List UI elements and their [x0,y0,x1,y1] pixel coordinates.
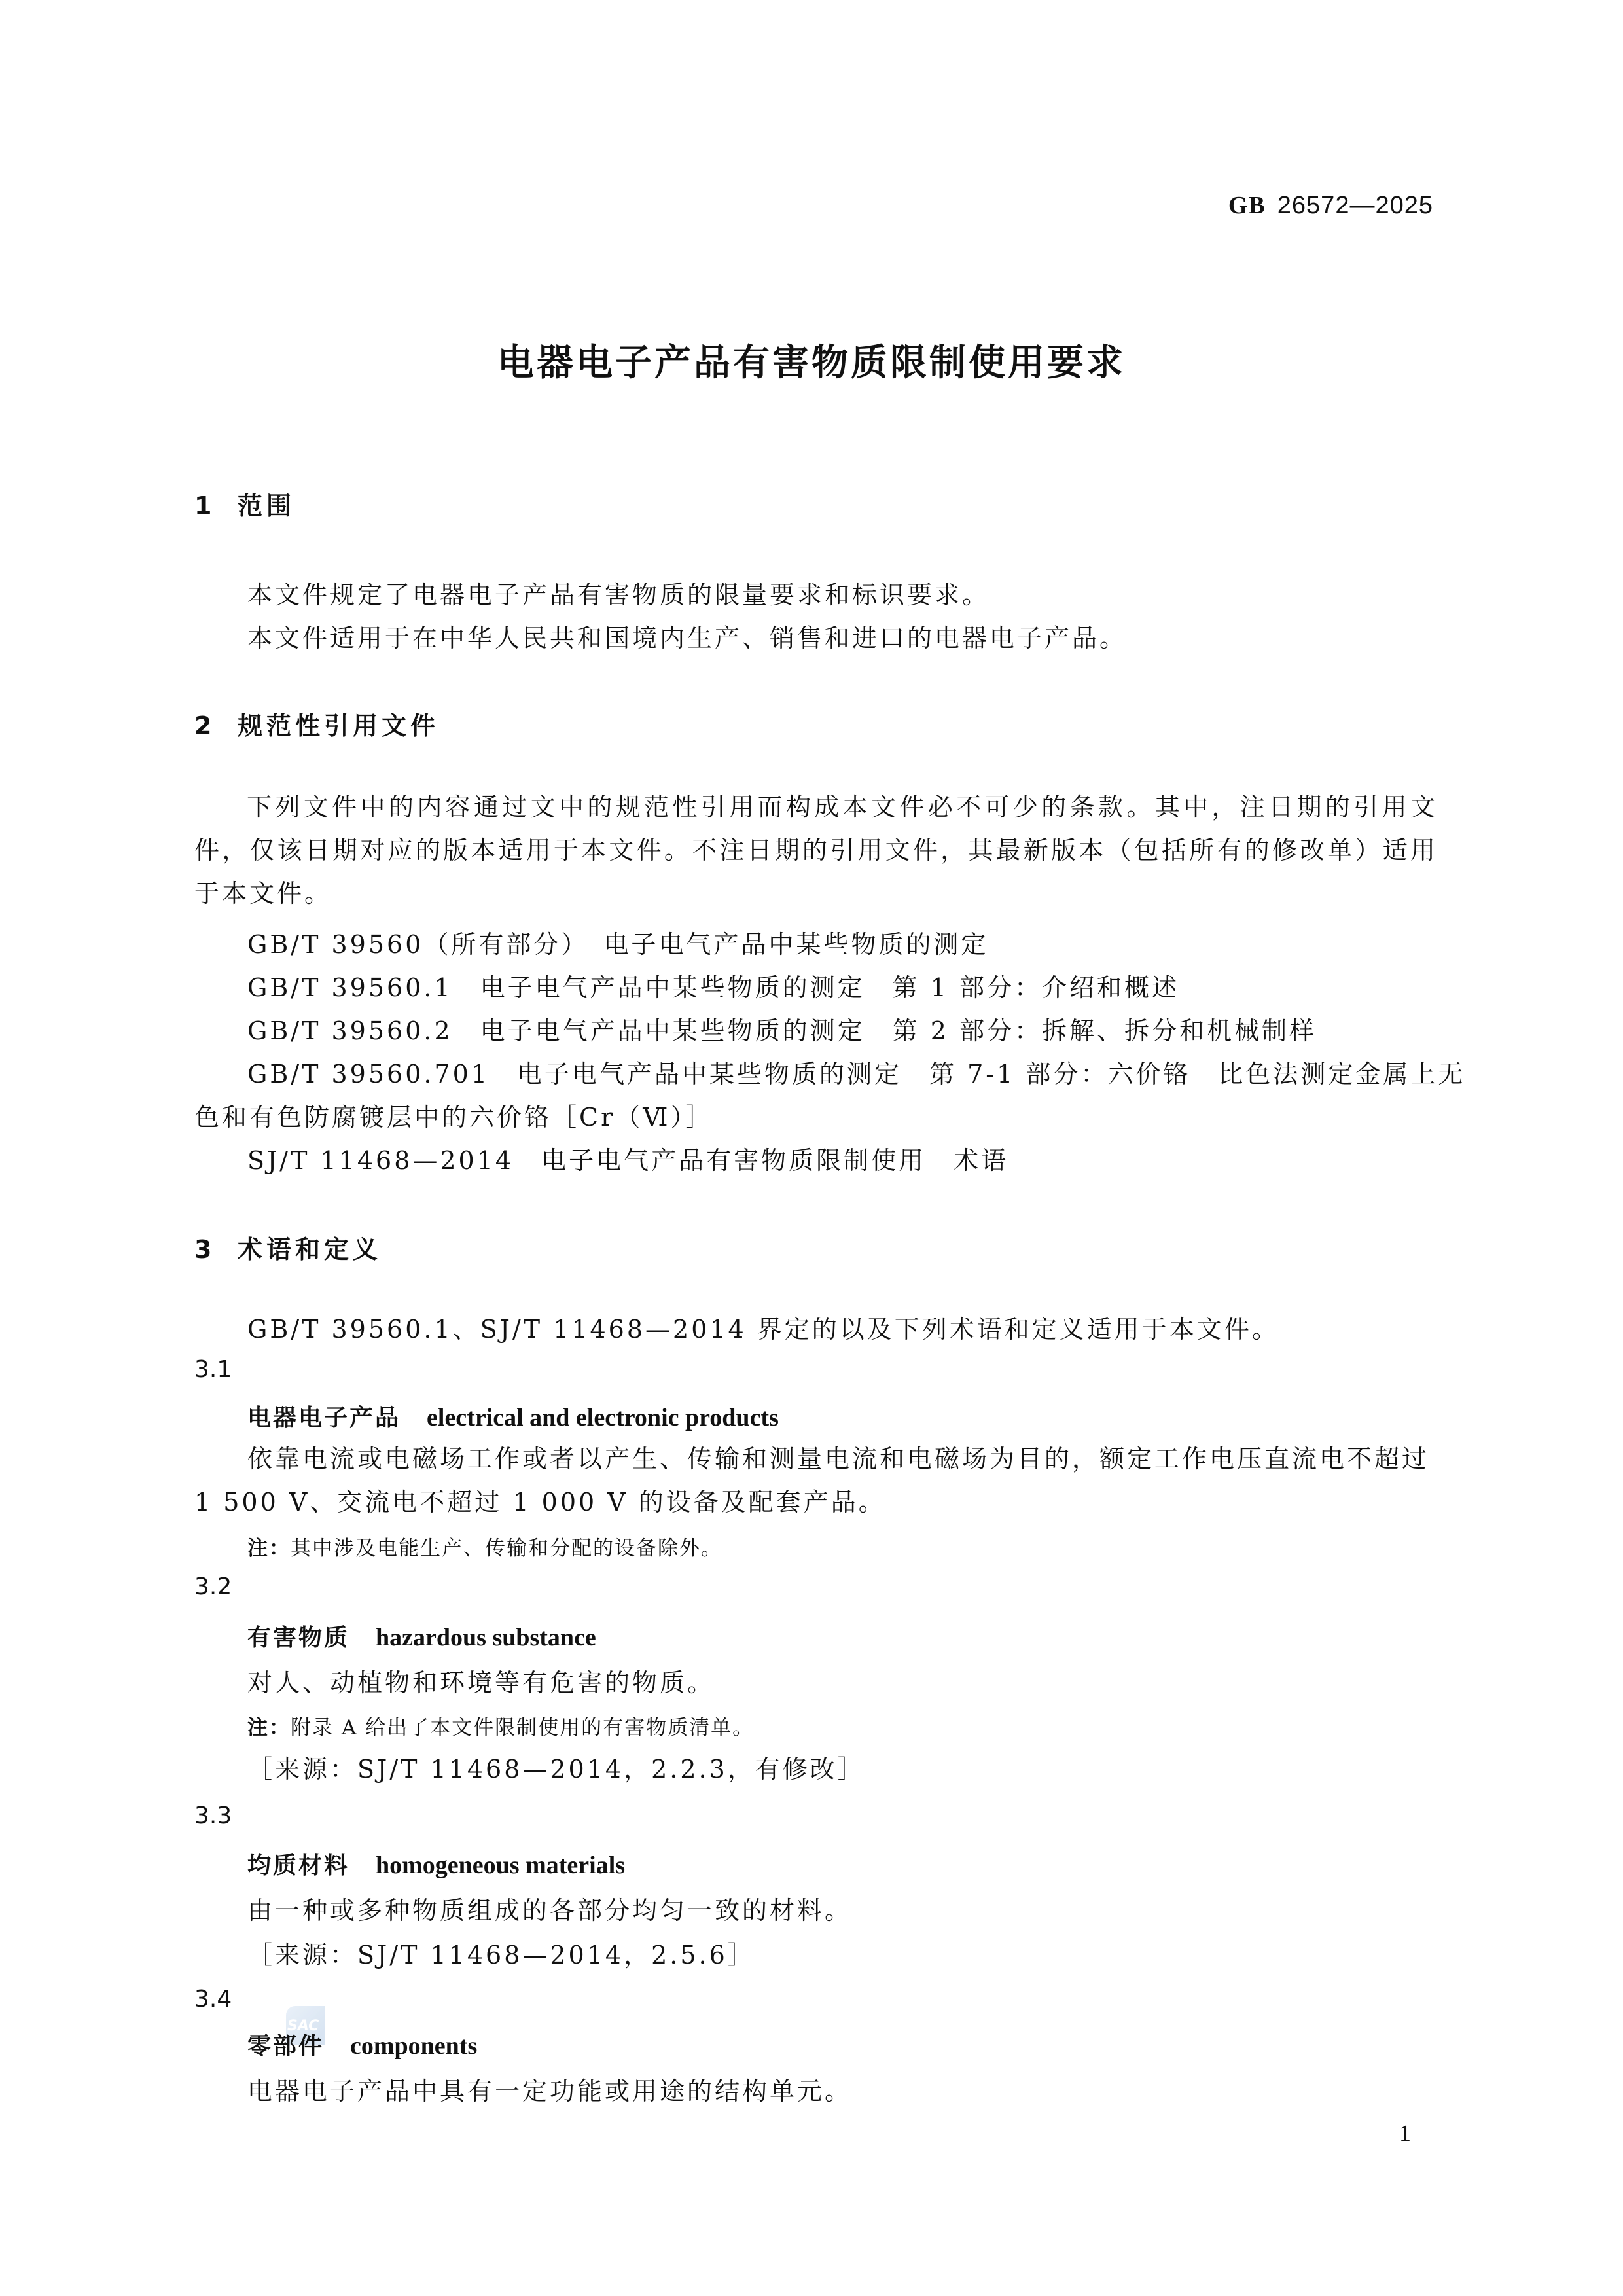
section-1-heading: 1范围 [194,486,295,522]
paragraph: 本文件适用于在中华人民共和国境内生产、销售和进口的电器电子产品。 [247,618,1127,654]
term-en: hazardous substance [376,1624,596,1651]
standard-prefix: GB [1228,192,1266,219]
term-en: electrical and electronic products [427,1404,779,1431]
paragraph: 下列文件中的内容通过文中的规范性引用而构成本文件必不可少的条款。其中，注日期的引… [194,785,1438,915]
term-title: 均质材料homogeneous materials [247,1847,625,1880]
note-label: 注： [247,1537,291,1560]
reference-item: SJ/T 11468—2014 电子电气产品有害物质限制使用 术语 [247,1140,1008,1176]
standard-code: 26572—2025 [1277,192,1433,219]
section-title: 规范性引用文件 [238,711,439,740]
note-text: 附录 A 给出了本文件限制使用的有害物质清单。 [291,1716,754,1740]
term-number: 3.4 [194,1986,232,2013]
standard-number: GB26572—2025 [1228,191,1433,220]
term-definition: 对人、动植物和环境等有危害的物质。 [247,1662,715,1698]
term-source: ［来源：SJ/T 11468—2014，2.2.3，有修改］ [247,1749,865,1785]
term-title: 零部件components [247,2028,477,2061]
note-text: 其中涉及电能生产、传输和分配的设备除外。 [291,1537,722,1560]
term-number: 3.3 [194,1803,232,1829]
term-definition: 电器电子产品中具有一定功能或用途的结构单元。 [247,2071,852,2107]
term-en: homogeneous materials [376,1852,625,1879]
section-title: 术语和定义 [238,1235,382,1264]
term-note: 注：附录 A 给出了本文件限制使用的有害物质清单。 [247,1711,754,1740]
term-zh: 零部件 [247,2033,324,2060]
document-page: GB26572—2025 电器电子产品有害物质限制使用要求 1范围 本文件规定了… [0,0,1623,2296]
term-note: 注：其中涉及电能生产、传输和分配的设备除外。 [247,1532,722,1561]
term-en: components [350,2032,477,2060]
reference-item: GB/T 39560.1 电子电气产品中某些物质的测定 第 1 部分：介绍和概述 [247,967,1179,1003]
term-definition: 依靠电流或电磁场工作或者以产生、传输和测量电流和电磁场为目的，额定工作电压直流电… [247,1439,1429,1475]
term-number: 3.1 [194,1356,232,1383]
term-definition-continuation: 1 500 V、交流电不超过 1 000 V 的设备及配套产品。 [194,1482,886,1518]
term-title: 有害物质hazardous substance [247,1619,596,1653]
paragraph: GB/T 39560.1、SJ/T 11468—2014 界定的以及下列术语和定… [247,1309,1279,1345]
paragraph: 本文件规定了电器电子产品有害物质的限量要求和标识要求。 [247,575,990,611]
reference-item: GB/T 39560.2 电子电气产品中某些物质的测定 第 2 部分：拆解、拆分… [247,1011,1317,1047]
term-number: 3.2 [194,1573,232,1600]
term-zh: 有害物质 [247,1624,349,1651]
reference-item-continuation: 色和有色防腐镀层中的六价铬［Cr（Ⅵ）］ [194,1097,713,1133]
reference-item: GB/T 39560.701 电子电气产品中某些物质的测定 第 7-1 部分：六… [247,1054,1465,1090]
term-zh: 均质材料 [247,1852,349,1879]
section-number: 3 [194,1235,238,1264]
reference-item: GB/T 39560（所有部分） 电子电气产品中某些物质的测定 [247,924,988,960]
section-2-heading: 2规范性引用文件 [194,706,439,742]
page-number: 1 [1399,2119,1411,2147]
term-definition: 由一种或多种物质组成的各部分均匀一致的材料。 [247,1890,852,1926]
section-3-heading: 3术语和定义 [194,1229,382,1265]
section-number: 1 [194,492,238,520]
note-label: 注： [247,1716,291,1740]
term-source: ［来源：SJ/T 11468—2014，2.5.6］ [247,1935,755,1971]
term-zh: 电器电子产品 [247,1405,401,1431]
section-number: 2 [194,711,238,740]
section-title: 范围 [238,492,295,520]
document-title: 电器电子产品有害物质限制使用要求 [0,334,1623,386]
term-title: 电器电子产品electrical and electronic products [247,1399,779,1433]
